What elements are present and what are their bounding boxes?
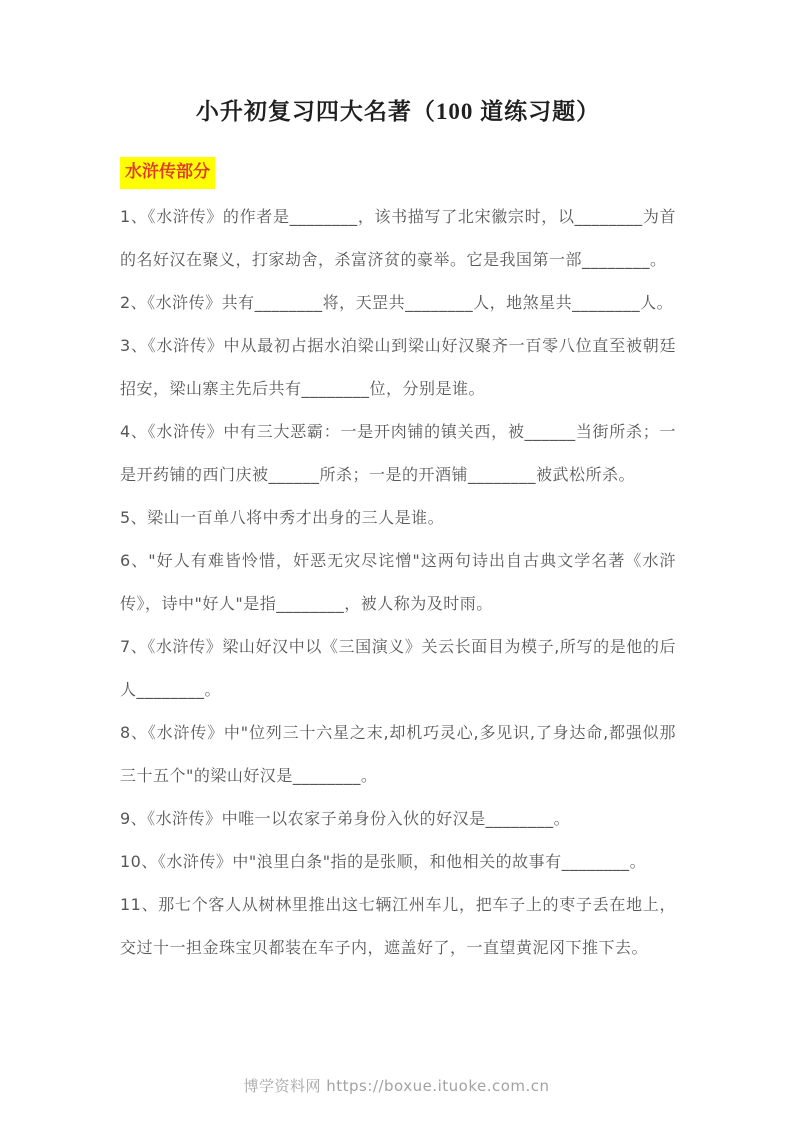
question-item-6: 6、"好人有难皆怜惜，奸恶无灾尽诧憎"这两句诗出自古典文学名著《水浒传》，诗中"… (120, 539, 676, 625)
footer-site-name: 博学资料网 (243, 1077, 321, 1095)
question-item-8: 8、《水浒传》中"位列三十六星之末,却机巧灵心,多见识,了身达命,都强似那三十五… (120, 711, 676, 797)
question-item-11: 11、那七个客人从树林里推出这七辆江州车儿，把车子上的枣子丢在地上，交过十一担金… (120, 883, 676, 969)
page-title: 小升初复习四大名著（100 道练习题） (120, 96, 676, 128)
question-item-4: 4、《水浒传》中有三大恶霸：一是开肉铺的镇关西，被______当街所杀；一是开药… (120, 410, 676, 496)
question-item-9: 9、《水浒传》中唯一以农家子弟身份入伙的好汉是________。 (120, 797, 676, 840)
question-item-5: 5、梁山一百单八将中秀才出身的三人是谁。 (120, 496, 676, 539)
section-header-row: 水浒传部分 (120, 156, 676, 189)
document-content: 小升初复习四大名著（100 道练习题） 水浒传部分 1、《水浒传》的作者是___… (0, 0, 793, 969)
question-item-2: 2、《水浒传》共有________将，天罡共________人，地煞星共____… (120, 281, 676, 324)
question-item-3: 3、《水浒传》中从最初占据水泊梁山到梁山好汉聚齐一百零八位直至被朝廷招安，梁山寨… (120, 324, 676, 410)
section-header-shuihuzhuan: 水浒传部分 (120, 157, 215, 189)
question-item-10: 10、《水浒传》中"浪里白条"指的是张顺，和他相关的故事有________。 (120, 840, 676, 883)
question-item-1: 1、《水浒传》的作者是________，该书描写了北宋徽宗时，以________… (120, 195, 676, 281)
question-list: 1、《水浒传》的作者是________，该书描写了北宋徽宗时，以________… (120, 195, 676, 969)
footer-url: https://boxue.ituoke.com.cn (326, 1077, 549, 1095)
question-item-7: 7、《水浒传》梁山好汉中以《三国演义》关云长面目为模子,所写的是他的后人____… (120, 625, 676, 711)
document-page: 小升初复习四大名著（100 道练习题） 水浒传部分 1、《水浒传》的作者是___… (0, 0, 793, 1122)
footer-watermark: 博学资料网 https://boxue.ituoke.com.cn (0, 1075, 793, 1096)
